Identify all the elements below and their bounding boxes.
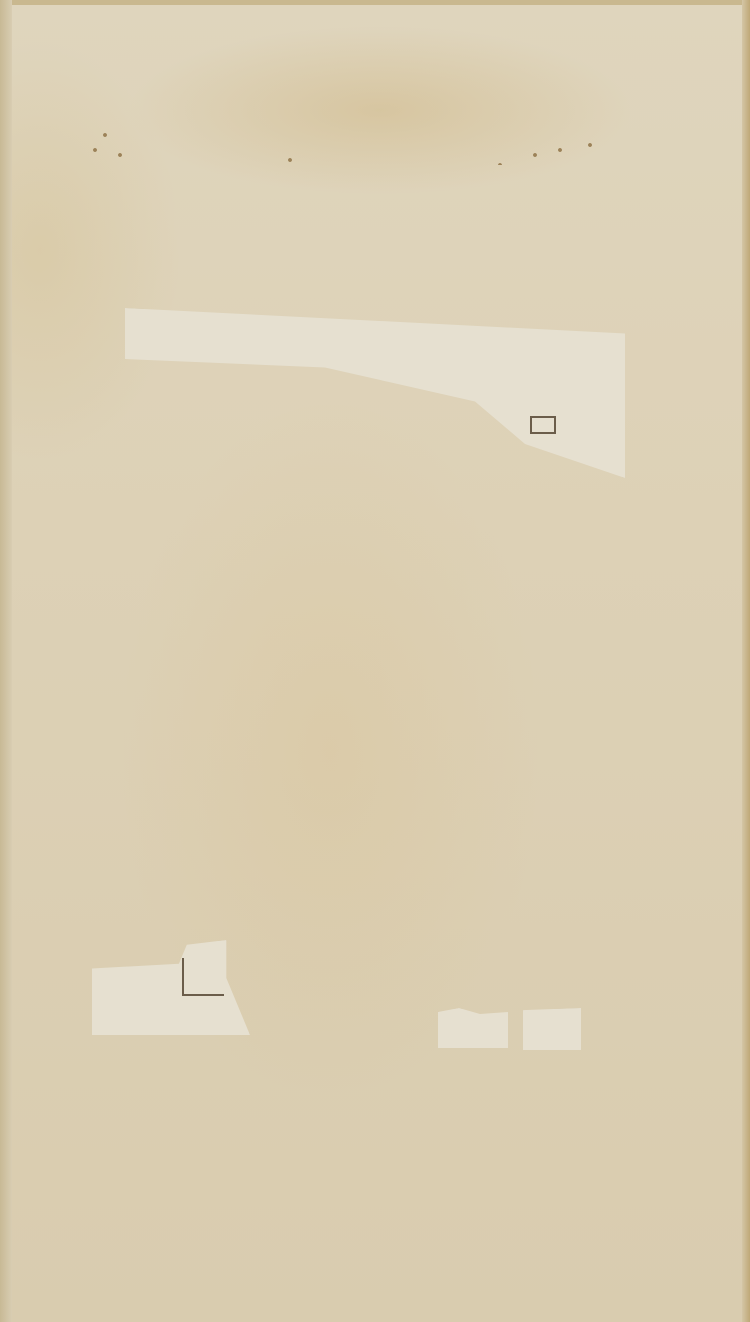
bottom-center-patch-2 xyxy=(523,1008,581,1050)
foxing-stain-band xyxy=(0,55,750,165)
bottom-left-patch xyxy=(92,940,250,1035)
bottom-center-patch-1 xyxy=(438,1008,508,1048)
aged-paper-sheet xyxy=(0,0,750,1322)
top-wide-patch xyxy=(125,308,625,478)
paper-top-edge xyxy=(0,0,750,5)
paper-right-edge xyxy=(742,0,750,1322)
paper-left-edge xyxy=(0,0,12,1322)
ink-mark-corner xyxy=(182,958,224,996)
ink-mark-frame xyxy=(530,416,556,434)
